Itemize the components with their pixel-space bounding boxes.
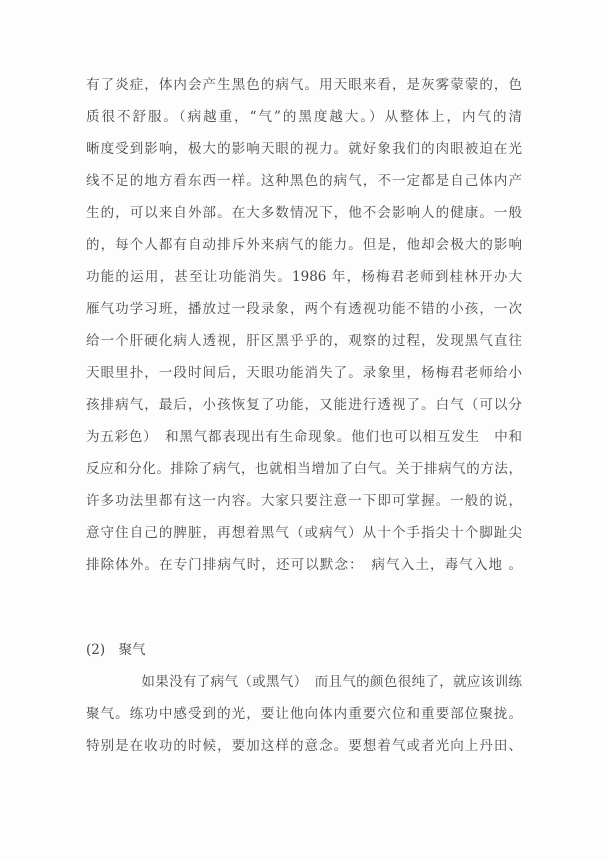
text-line: 晰度受到影响，极大的影响天眼的视力。就好象我们的肉眼被迫在光: [86, 133, 522, 165]
text-line: 线不足的地方看东西一样。这种黑色的病气，不一定都是自己体内产: [86, 165, 522, 197]
text-line: 质很不舒服。（病越重，“气”的黑度越大。）从整体上，内气的清: [86, 101, 522, 133]
text-line: 雁气功学习班，播放过一段录象，两个有透视功能不错的小孩，一次: [86, 293, 522, 325]
document-page: 有了炎症，体内会产生黑色的病气。用天眼来看，是灰雾蒙蒙的，色质很不舒服。（病越重…: [0, 0, 608, 859]
text-line: 天眼里扑，一段时间后，天眼功能消失了。录象里，杨梅君老师给小: [86, 357, 522, 389]
text-line: 排除体外。在专门排病气时，还可以默念： 病气入土，毒气入地 。: [86, 549, 522, 581]
text-line: 功能的运用，甚至让功能消失。1986 年，杨梅君老师到桂林开办大: [86, 261, 522, 293]
text-line: 特别是在收功的时候，要加这样的意念。要想着气或者光向上丹田、: [86, 730, 522, 762]
text-line: 如果没有了病气（或黑气） 而且气的颜色很纯了，就应该训练: [86, 666, 522, 698]
body-paragraph-1: 有了炎症，体内会产生黑色的病气。用天眼来看，是灰雾蒙蒙的，色质很不舒服。（病越重…: [86, 69, 522, 581]
text-line: 孩排病气，最后，小孩恢复了功能，又能进行透视了。白气（可以分: [86, 389, 522, 421]
text-line: 的，每个人都有自动排斥外来病气的能力。但是，他却会极大的影响: [86, 229, 522, 261]
text-line: 反应和分化。排除了病气，也就相当增加了白气。关于排病气的方法，: [86, 453, 522, 485]
text-line: 意守住自己的脾脏，再想着黑气（或病气）从十个手指尖十个脚趾尖: [86, 517, 522, 549]
text-line: 许多功法里都有这一内容。大家只要注意一下即可掌握。一般的说，: [86, 485, 522, 517]
text-line: 有了炎症，体内会产生黑色的病气。用天眼来看，是灰雾蒙蒙的，色: [86, 69, 522, 101]
section-heading: (2) 聚气: [86, 634, 522, 666]
text-line: 为五彩色） 和黑气都表现出有生命现象。他们也可以相互发生 中和: [86, 421, 522, 453]
text-line: 生的，可以来自外部。在大多数情况下，他不会影响人的健康。一般: [86, 197, 522, 229]
text-line: 给一个肝硬化病人透视，肝区黑乎乎的，观察的过程，发现黑气直往: [86, 325, 522, 357]
body-paragraph-2: 如果没有了病气（或黑气） 而且气的颜色很纯了，就应该训练聚气。练功中感受到的光，…: [86, 666, 522, 762]
text-line: 聚气。练功中感受到的光，要让他向体内重要穴位和重要部位聚拢。: [86, 698, 522, 730]
document-viewport: 有了炎症，体内会产生黑色的病气。用天眼来看，是灰雾蒙蒙的，色质很不舒服。（病越重…: [0, 0, 608, 859]
